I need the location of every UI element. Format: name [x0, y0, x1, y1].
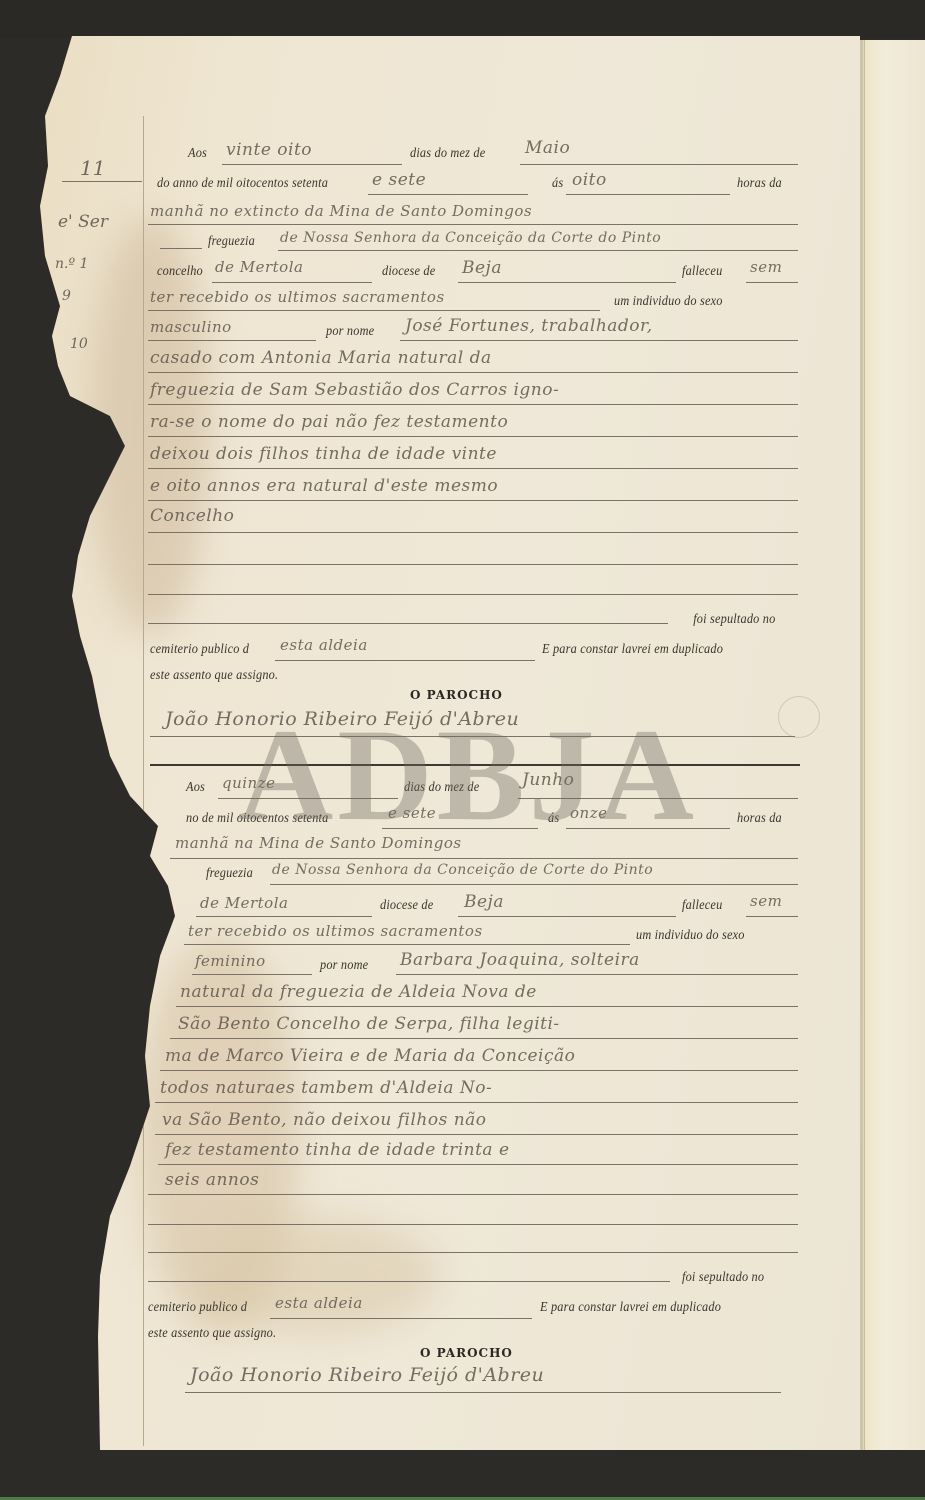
register-page: 11 e' Ser n.º 1 9 10 Aos vinte oito dias…: [0, 36, 860, 1450]
rule: [148, 1224, 798, 1225]
rule: [192, 974, 312, 975]
label-individuo: um individuo do sexo: [636, 928, 745, 944]
rule: [746, 282, 798, 283]
entry-day: vinte oito: [226, 140, 312, 160]
margin-note: 9: [62, 288, 71, 304]
entry-number: 11: [80, 156, 105, 180]
entry-falleceu: sem: [750, 892, 782, 910]
rule: [148, 404, 798, 405]
label-diocese: diocese de: [382, 264, 435, 280]
entry-body-line: va São Bento, não deixou filhos não: [162, 1110, 487, 1130]
label-aos: Aos: [186, 780, 205, 796]
label-cemiterio: cemiterio publico d: [148, 1300, 247, 1316]
rule: [270, 1318, 532, 1319]
label-freguezia: freguezia: [208, 234, 255, 250]
label-horas-da: horas da: [737, 811, 782, 827]
rule: [148, 623, 668, 624]
label-por-nome: por nome: [320, 958, 368, 974]
rule: [148, 532, 798, 533]
rule: [196, 916, 372, 917]
label-dias-do-mez: dias do mez de: [410, 146, 485, 162]
rule: [148, 1281, 670, 1282]
entry-month: Maio: [525, 138, 570, 158]
entry-year: e sete: [372, 170, 426, 190]
entry-sexo: masculino: [150, 318, 232, 336]
facing-page-edge: [864, 40, 925, 1450]
entry-freguezia: de Nossa Senhora da Conceição de Corte d…: [272, 862, 653, 878]
rule: [158, 1164, 798, 1165]
rule: [746, 916, 798, 917]
margin-rule: [143, 116, 144, 1446]
rule: [458, 916, 676, 917]
entry-body-line: todos naturaes tambem d'Aldeia No-: [160, 1078, 492, 1098]
entry-body-line: freguezia de Sam Sebastião dos Carros ig…: [150, 380, 559, 400]
rule: [396, 974, 798, 975]
rule: [160, 1070, 798, 1071]
label-para-constar: E para constar lavrei em duplicado: [542, 642, 723, 658]
entry-place: manhã no extincto da Mina de Santo Domin…: [150, 202, 532, 220]
rule: [148, 436, 798, 437]
rule: [184, 944, 630, 945]
entry-concelho: de Mertola: [200, 894, 288, 912]
rule: [270, 884, 798, 885]
label-este-assento: este assento que assigno.: [150, 668, 278, 684]
label-foi-sepultado: foi sepultado no: [682, 1270, 764, 1286]
label-concelho: concelho: [157, 264, 203, 280]
rule: [185, 1392, 781, 1393]
entry-body-line: casado com Antonia Maria natural da: [150, 348, 492, 368]
entry-freguezia: de Nossa Senhora da Conceição da Corte d…: [280, 230, 661, 246]
entry-body-line: natural da freguezia de Aldeia Nova de: [180, 982, 537, 1002]
entry-body-line: ma de Marco Vieira e de Maria da Conceiç…: [165, 1046, 575, 1066]
entry-cemiterio: esta aldeia: [275, 1294, 363, 1312]
entry-sacramentos: ter recebido os ultimos sacramentos: [150, 288, 445, 306]
entry-body-line: Concelho: [150, 506, 234, 526]
rule: [148, 468, 798, 469]
rule: [148, 372, 798, 373]
entry-number-rule: [62, 181, 142, 182]
entry-nome: Barbara Joaquina, solteira: [400, 950, 640, 970]
archive-watermark: ADBJA: [238, 698, 698, 851]
label-foi-sepultado: foi sepultado no: [693, 612, 775, 628]
entry-concelho: de Mertola: [215, 258, 303, 276]
copyright-mark-icon: [778, 696, 820, 738]
entry-cemiterio: esta aldeia: [280, 636, 368, 654]
rule: [212, 282, 372, 283]
rule: [275, 660, 535, 661]
label-cemiterio: cemiterio publico d: [150, 642, 249, 658]
rule: [148, 500, 798, 501]
rule: [222, 164, 402, 165]
rule: [148, 1194, 798, 1195]
entry-sexo: feminino: [195, 952, 266, 970]
label-aos: Aos: [188, 146, 207, 162]
rule: [278, 250, 798, 251]
label-diocese: diocese de: [380, 898, 433, 914]
parocho-signature: João Honorio Ribeiro Feijó d'Abreu: [190, 1364, 544, 1386]
entry-hour: oito: [572, 170, 607, 190]
label-por-nome: por nome: [326, 324, 374, 340]
rule: [148, 340, 316, 341]
rule: [148, 310, 600, 311]
rule: [458, 282, 676, 283]
entry-sacramentos: ter recebido os ultimos sacramentos: [188, 922, 483, 940]
entry-diocese: Beja: [462, 258, 502, 278]
entry-body-line: seis annos: [165, 1170, 259, 1190]
rule: [170, 858, 798, 859]
label-as: ás: [552, 176, 563, 192]
label-para-constar: E para constar lavrei em duplicado: [540, 1300, 721, 1316]
rule: [170, 1038, 798, 1039]
rule: [155, 1102, 798, 1103]
entry-body-line: deixou dois filhos tinha de idade vinte: [150, 444, 497, 464]
label-falleceu: falleceu: [682, 898, 722, 914]
rule: [148, 224, 798, 225]
margin-note: e' Ser: [58, 212, 108, 232]
rule: [566, 194, 730, 195]
entry-falleceu: sem: [750, 258, 782, 276]
entry-body-line: São Bento Concelho de Serpa, filha legit…: [178, 1014, 560, 1034]
label-individuo: um individuo do sexo: [614, 294, 723, 310]
entry-diocese: Beja: [464, 892, 504, 912]
rule: [368, 194, 528, 195]
rule: [520, 164, 798, 165]
label-falleceu: falleceu: [682, 264, 722, 280]
rule: [155, 1134, 798, 1135]
label-do-anno: do anno de mil oitocentos setenta: [157, 176, 328, 192]
scanner-background-top: [0, 0, 925, 38]
rule: [160, 248, 202, 249]
rule: [148, 564, 798, 565]
parocho-heading: O PAROCHO: [420, 1346, 513, 1360]
rule: [148, 594, 798, 595]
margin-note: 10: [70, 336, 88, 352]
label-este-assento: este assento que assigno.: [148, 1326, 276, 1342]
margin-note: n.º 1: [55, 256, 88, 272]
label-horas-da: horas da: [737, 176, 782, 192]
entry-nome: José Fortunes, trabalhador,: [405, 316, 653, 336]
entry-body-line: e oito annos era natural d'este mesmo: [150, 476, 498, 496]
entry-body-line: ra-se o nome do pai não fez testamento: [150, 412, 508, 432]
entry-body-line: fez testamento tinha de idade trinta e: [165, 1140, 510, 1160]
label-freguezia: freguezia: [206, 866, 253, 882]
rule: [400, 340, 798, 341]
rule: [148, 1252, 798, 1253]
rule: [176, 1006, 798, 1007]
